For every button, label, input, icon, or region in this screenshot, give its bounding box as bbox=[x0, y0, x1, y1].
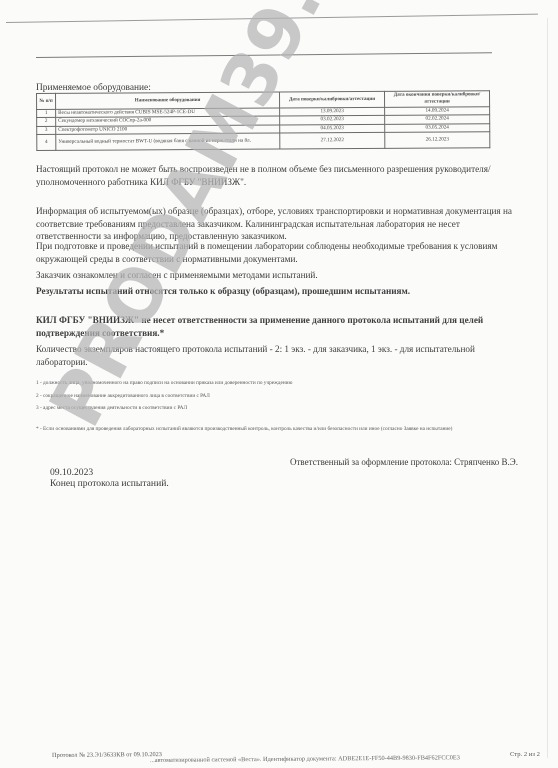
row-num: 1 bbox=[37, 109, 56, 118]
equipment-table: № п/п Наименование оборудования Дата пов… bbox=[36, 90, 490, 151]
conditions-notice: При подготовке и проведении испытаний в … bbox=[36, 240, 516, 265]
row-name: Универсальный водный термостат BWT-U (во… bbox=[56, 133, 280, 150]
responsible-person: Ответственный за оформление протокола: С… bbox=[290, 457, 518, 467]
row-num: 2 bbox=[37, 118, 56, 127]
footnote-2: 2 - сокращенное наименование аккредитова… bbox=[36, 392, 516, 400]
top-rule bbox=[6, 14, 538, 23]
header-check-date: Дата поверки/калибровки/аттестации bbox=[279, 91, 384, 107]
sample-info-notice: Информация об испытуемом(ых) образце (об… bbox=[36, 205, 516, 243]
signoff-date: 09.10.2023 bbox=[50, 467, 93, 478]
liability-statement: КИЛ ФГБУ "ВНИИЗЖ" не несет ответственнос… bbox=[36, 314, 516, 339]
reproduction-notice: Настоящий протокол не может быть воспрои… bbox=[36, 163, 516, 188]
header-rule bbox=[36, 52, 492, 58]
results-statement: Результаты испытаний относятся только к … bbox=[36, 285, 516, 298]
footnote-star: * - Если основаниями для проведения лабо… bbox=[36, 425, 516, 433]
row-end-date: 26.12.2023 bbox=[385, 132, 490, 149]
footnote-3: 3 - адрес места осуществления деятельнос… bbox=[36, 404, 516, 412]
footer-page-number: Стр. 2 из 2 bbox=[510, 751, 540, 758]
table-row: 4 Универсальный водный термостат BWT-U (… bbox=[37, 132, 490, 151]
footer-document-id: ...автоматизированной системой «Веста». … bbox=[150, 754, 460, 764]
footnote-1: 1 - должность лица, уполномоченного на п… bbox=[36, 379, 516, 387]
page-edge bbox=[547, 18, 548, 758]
header-num: № п/п bbox=[37, 93, 56, 109]
methods-notice: Заказчик ознакомлен и согласен с применя… bbox=[36, 269, 516, 282]
row-num: 3 bbox=[37, 126, 56, 135]
copies-statement: Количество экземпляров настоящего проток… bbox=[36, 343, 516, 368]
footer-protocol-number: Протокол № 23.Э1/3633КВ от 09.10.2023 bbox=[52, 751, 162, 759]
header-name: Наименование оборудования bbox=[56, 92, 280, 109]
header-end-date: Дата окончания поверки/калибровки/аттест… bbox=[384, 91, 489, 107]
protocol-end: Конец протокола испытаний. bbox=[50, 478, 169, 489]
row-check-date: 27.12.2022 bbox=[280, 132, 385, 149]
row-num: 4 bbox=[37, 134, 56, 150]
